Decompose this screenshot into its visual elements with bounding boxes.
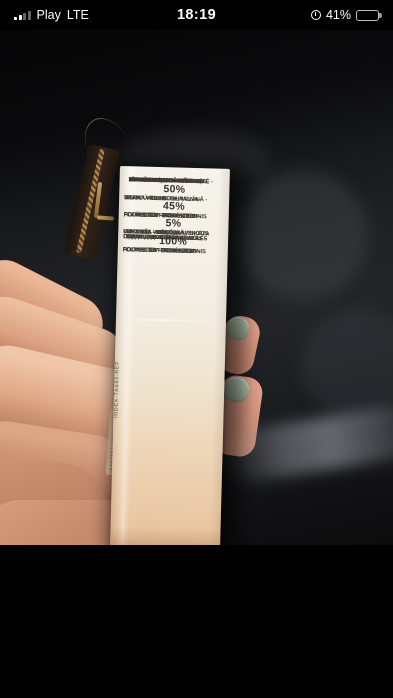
signal-bars-icon xyxy=(14,10,31,20)
carrier-label: Play xyxy=(37,8,61,22)
fabric-sheen xyxy=(300,310,393,420)
phone-screen: Play LTE 18:19 41% xyxy=(0,0,393,698)
product-name-block: MEN'S OUTER JACKET -KURTKA MĘSKA - PÁNSK… xyxy=(125,177,225,180)
photo-jacket-label: MEN'S OUTER JACKET -KURTKA MĘSKA - PÁNSK… xyxy=(0,30,393,545)
label-text-line: POLYESTER xyxy=(123,247,157,255)
alarm-clock-icon xyxy=(311,10,321,20)
status-bar: Play LTE 18:19 41% xyxy=(0,0,393,30)
battery-icon xyxy=(356,10,379,21)
label-crease xyxy=(116,318,226,323)
clock-text: 18:19 xyxy=(177,0,216,30)
battery-percent: 41% xyxy=(326,8,351,22)
label-side-code: INDEX-TA683-REF xyxy=(113,342,121,418)
care-label: MEN'S OUTER JACKET -KURTKA MĘSKA - PÁNSK… xyxy=(110,166,230,545)
status-bar-left: Play LTE xyxy=(14,8,89,22)
letterbox-bottom xyxy=(0,545,393,698)
network-label: LTE xyxy=(67,8,89,22)
status-bar-right: 41% xyxy=(311,8,379,22)
fabric-sheen xyxy=(238,170,368,300)
